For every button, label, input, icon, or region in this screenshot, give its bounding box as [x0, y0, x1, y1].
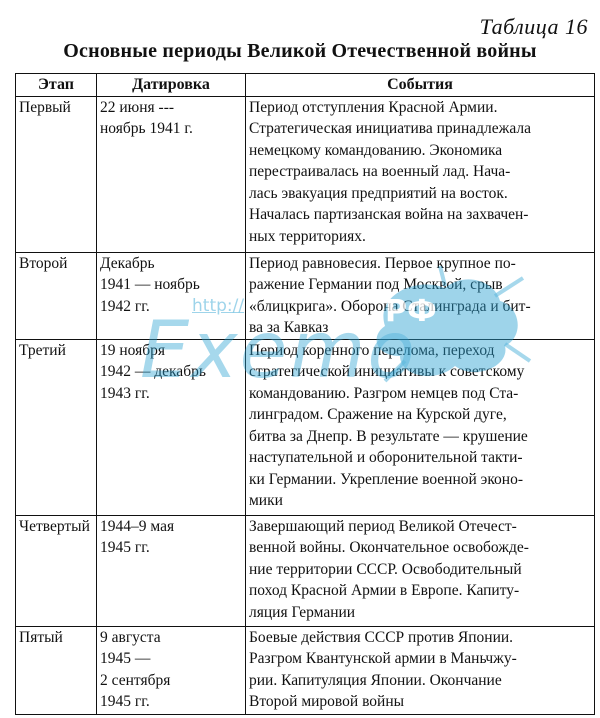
stage-cell: Второй: [16, 252, 97, 339]
stage-cell: Третий: [16, 339, 97, 515]
stage-cell: Пятый: [16, 626, 97, 714]
table-row: Третий 19 ноября 1942 — декабрь 1943 гг.…: [16, 339, 595, 515]
stage-cell: Четвертый: [16, 515, 97, 626]
header-events: События: [246, 74, 595, 97]
table-row: Второй Декабрь 1941 — ноябрь 1942 гг. Пе…: [16, 252, 595, 339]
table-caption: Таблица 16: [480, 14, 588, 40]
events-cell: Завершающий период Великой Отечест- венн…: [246, 515, 595, 626]
table-row: Первый 22 июня --- ноябрь 1941 г. Период…: [16, 96, 595, 252]
stage-cell: Первый: [16, 96, 97, 252]
events-cell: Боевые действия СССР против Японии. Разг…: [246, 626, 595, 714]
events-cell: Период коренного перелома, переход страт…: [246, 339, 595, 515]
dates-cell: Декабрь 1941 — ноябрь 1942 гг.: [97, 252, 246, 339]
page-title: Основные периоды Великой Отечественной в…: [0, 40, 600, 63]
events-cell: Период равновесия. Первое крупное по- ра…: [246, 252, 595, 339]
table-row: Четвертый 1944–9 мая 1945 гг. Завершающи…: [16, 515, 595, 626]
dates-cell: 1944–9 мая 1945 гг.: [97, 515, 246, 626]
dates-cell: 9 августа 1945 — 2 сентября 1945 гг.: [97, 626, 246, 714]
table-row: Пятый 9 августа 1945 — 2 сентября 1945 г…: [16, 626, 595, 714]
header-stage: Этап: [16, 74, 97, 97]
dates-cell: 22 июня --- ноябрь 1941 г.: [97, 96, 246, 252]
header-dates: Датировка: [97, 74, 246, 97]
dates-cell: 19 ноября 1942 — декабрь 1943 гг.: [97, 339, 246, 515]
periods-table: Этап Датировка События Первый 22 июня --…: [15, 73, 595, 715]
table-header-row: Этап Датировка События: [16, 74, 595, 97]
events-cell: Период отступления Красной Армии. Страте…: [246, 96, 595, 252]
